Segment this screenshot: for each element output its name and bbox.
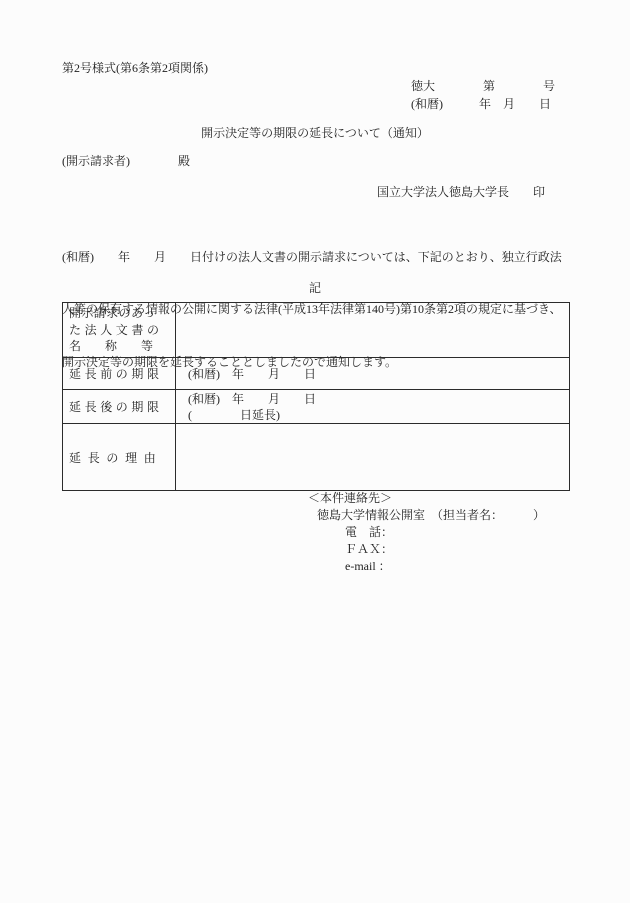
cell-deadline-after-value: (和暦) 年 月 日 ( 日延長) <box>176 390 570 424</box>
document-number-line: 徳大 第 号 <box>411 79 555 95</box>
contact-office-line: 徳島大学情報公開室 （担当者名： ） <box>317 508 545 524</box>
cell-document-name-value <box>176 303 570 358</box>
form-number: 第2号様式(第6条第2項関係) <box>62 61 208 77</box>
row-label-line: 名 称 等 <box>69 338 171 355</box>
contact-phone-label: 電 話： <box>345 525 393 541</box>
date-line: (和暦) 年 月 日 <box>411 97 551 113</box>
body-line: (和暦) 年 月 日付けの法人文書の開示請求については、下記のとおり、独立行政法 <box>62 247 562 268</box>
table-row-extension-reason: 延長の理由 <box>63 424 570 491</box>
row-label-extension-reason: 延長の理由 <box>63 424 176 491</box>
deadline-after-extension-days-line: ( 日延長) <box>188 407 569 423</box>
row-label-deadline-before: 延長前の期限 <box>63 358 176 390</box>
document-title: 開示決定等の期限の延長について（通知） <box>0 126 630 142</box>
extension-table: 開示請求のあっ た法人文書の 名 称 等 延長前の期限 (和暦) 年 月 日 延… <box>62 302 570 491</box>
addressee-line: (開示請求者) 殿 <box>62 154 190 170</box>
cell-deadline-before-value: (和暦) 年 月 日 <box>176 358 570 390</box>
table-row-deadline-before: 延長前の期限 (和暦) 年 月 日 <box>63 358 570 390</box>
table-row-deadline-after: 延長後の期限 (和暦) 年 月 日 ( 日延長) <box>63 390 570 424</box>
table-row-document-name: 開示請求のあっ た法人文書の 名 称 等 <box>63 303 570 358</box>
contact-heading: ＜本件連絡先＞ <box>308 491 392 507</box>
cell-extension-reason-value <box>176 424 570 491</box>
signer-seal-line: 国立大学法人徳島大学長 印 <box>377 185 545 201</box>
ki-heading: 記 <box>0 281 630 297</box>
contact-email-label: e-mail ： <box>345 559 391 575</box>
row-label-document-name: 開示請求のあっ た法人文書の 名 称 等 <box>63 303 176 358</box>
row-label-line: 開示請求のあっ <box>69 305 171 322</box>
deadline-after-date-line: (和暦) 年 月 日 <box>188 391 569 407</box>
row-label-deadline-after: 延長後の期限 <box>63 390 176 424</box>
row-label-line: た法人文書の <box>69 322 171 339</box>
contact-fax-label: ＦＡＸ： <box>345 542 393 558</box>
notification-form-page: 第2号様式(第6条第2項関係) 徳大 第 号 (和暦) 年 月 日 開示決定等の… <box>0 0 630 903</box>
